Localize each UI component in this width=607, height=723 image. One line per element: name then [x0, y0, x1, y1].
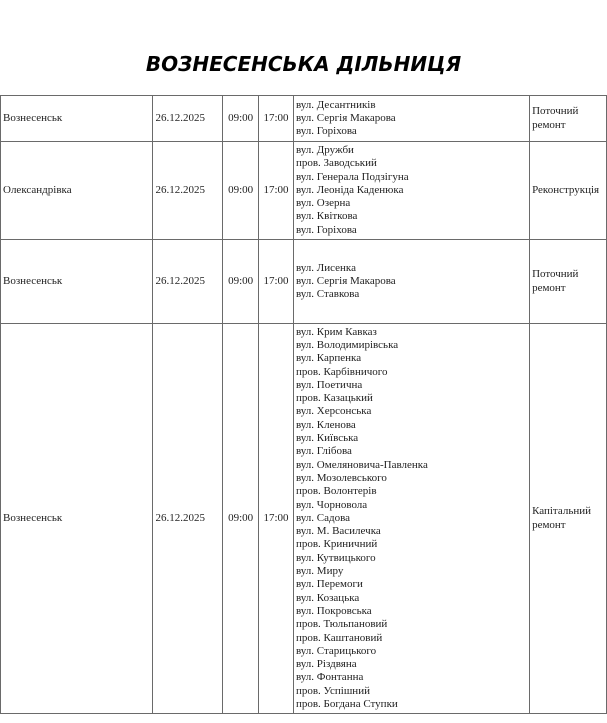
town-cell: Вознесенськ: [1, 324, 153, 714]
town-cell: Вознесенськ: [1, 96, 153, 142]
street-item: пров. Волонтерів: [296, 485, 527, 498]
work-type-text: Поточний: [532, 105, 604, 118]
street-item: пров. Казацький: [296, 392, 527, 405]
street-item: вул. Карпенка: [296, 352, 527, 365]
work-type-text: ремонт: [532, 282, 604, 295]
street-item: вул. Покровська: [296, 605, 527, 618]
street-item: вул. Ставкова: [296, 288, 527, 301]
street-item: вул. Чорновола: [296, 499, 527, 512]
start-time-cell: 09:00: [223, 142, 259, 240]
work-type-cell: Поточнийремонт: [530, 240, 607, 324]
work-type-text: Реконструкція: [532, 184, 604, 197]
street-item: вул. Горіхова: [296, 125, 527, 138]
street-item: вул. Володимирівська: [296, 339, 527, 352]
start-time-cell: 09:00: [223, 324, 259, 714]
work-type-text: ремонт: [532, 119, 604, 132]
street-item: вул. Козацька: [296, 592, 527, 605]
street-item: вул. Лисенка: [296, 262, 527, 275]
street-item: вул. Генерала Подзігуна: [296, 171, 527, 184]
street-item: вул. Квіткова: [296, 210, 527, 223]
street-item: вул. Різдвяна: [296, 658, 527, 671]
street-item: вул. Сергія Макарова: [296, 112, 527, 125]
work-type-cell: Поточнийремонт: [530, 96, 607, 142]
street-item: вул. М. Василечка: [296, 525, 527, 538]
town-cell: Олександрівка: [1, 142, 153, 240]
end-time-cell: 17:00: [259, 96, 294, 142]
street-item: вул. Сергія Макарова: [296, 275, 527, 288]
street-item: пров. Успішний: [296, 685, 527, 698]
street-item: пров. Криничний: [296, 538, 527, 551]
street-item: пров. Карбівничого: [296, 366, 527, 379]
street-item: вул. Кленова: [296, 419, 527, 432]
streets-cell: вул. Десантниківвул. Сергія Макаровавул.…: [293, 96, 529, 142]
start-time-cell: 09:00: [223, 96, 259, 142]
work-type-text: Капітальний: [532, 505, 604, 518]
start-time-cell: 09:00: [223, 240, 259, 324]
street-item: вул. Десантників: [296, 99, 527, 112]
table-row: Вознесенськ26.12.202509:0017:00вул. Крим…: [1, 324, 607, 714]
street-item: пров. Богдана Ступки: [296, 698, 527, 711]
street-item: вул. Леоніда Каденюка: [296, 184, 527, 197]
end-time-cell: 17:00: [259, 324, 294, 714]
street-item: вул. Дружби: [296, 144, 527, 157]
date-cell: 26.12.2025: [153, 142, 223, 240]
streets-cell: вул. Крим Кавказвул. Володимирівськавул.…: [293, 324, 529, 714]
street-item: вул. Кутвицького: [296, 552, 527, 565]
street-item: вул. Херсонська: [296, 405, 527, 418]
town-cell: Вознесенськ: [1, 240, 153, 324]
street-item: вул. Мозолевського: [296, 472, 527, 485]
table-row: Вознесенськ26.12.202509:0017:00вул. Лисе…: [1, 240, 607, 324]
streets-cell: вул. Лисенкавул. Сергія Макаровавул. Ста…: [293, 240, 529, 324]
date-cell: 26.12.2025: [153, 96, 223, 142]
outage-schedule-table: Вознесенськ26.12.202509:0017:00вул. Деса…: [0, 95, 607, 714]
street-item: вул. Фонтанна: [296, 671, 527, 684]
street-item: вул. Поетична: [296, 379, 527, 392]
work-type-text: Поточний: [532, 268, 604, 281]
work-type-cell: Реконструкція: [530, 142, 607, 240]
street-item: вул. Садова: [296, 512, 527, 525]
street-item: вул. Миру: [296, 565, 527, 578]
street-item: вул. Київська: [296, 432, 527, 445]
table-row: Олександрівка26.12.202509:0017:00вул. Др…: [1, 142, 607, 240]
date-cell: 26.12.2025: [153, 240, 223, 324]
street-item: вул. Омеляновича-Павленка: [296, 459, 527, 472]
end-time-cell: 17:00: [259, 142, 294, 240]
street-item: вул. Старицького: [296, 645, 527, 658]
page-title: ВОЗНЕСЕНСЬКА ДІЛЬНИЦЯ: [0, 52, 607, 76]
end-time-cell: 17:00: [259, 240, 294, 324]
table-row: Вознесенськ26.12.202509:0017:00вул. Деса…: [1, 96, 607, 142]
street-item: пров. Каштановий: [296, 632, 527, 645]
work-type-text: ремонт: [532, 519, 604, 532]
streets-cell: вул. Дружбипров. Заводськийвул. Генерала…: [293, 142, 529, 240]
date-cell: 26.12.2025: [153, 324, 223, 714]
street-item: вул. Глібова: [296, 445, 527, 458]
street-item: пров. Тюльпановий: [296, 618, 527, 631]
street-item: пров. Заводський: [296, 157, 527, 170]
street-item: вул. Озерна: [296, 197, 527, 210]
street-item: вул. Перемоги: [296, 578, 527, 591]
street-item: вул. Крим Кавказ: [296, 326, 527, 339]
street-item: вул. Горіхова: [296, 224, 527, 237]
work-type-cell: Капітальнийремонт: [530, 324, 607, 714]
